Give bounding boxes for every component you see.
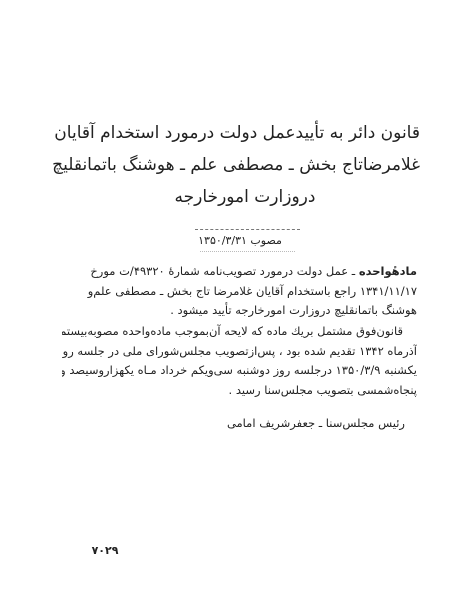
history-line-3: یکشنبه ۱۳۵۰/۳/۹ درجلسه روز دوشنبه سی‌ویک…: [62, 361, 417, 381]
article-line-1: مادهٔواحده ـ عمل دولت درمورد تصویب‌نامه …: [62, 262, 417, 282]
approval-divider: [200, 251, 295, 252]
article-text-1: ـ عمل دولت درمورد تصویب‌نامه شمارهٔ ۴۹۳۲…: [90, 264, 358, 278]
title-divider: [195, 229, 300, 230]
article-line-3: هوشنگ باتمانقلیچ دروزارت امورخارجه تأیید…: [62, 301, 417, 321]
article-line-2: ۱۳۴۱/۱۱/۱۷ راجع باستخدام آقایان غلامرضا …: [62, 282, 417, 302]
approval-history-paragraph: قانون‌فوق مشتمل بریك ماده که لایحه آن‌بم…: [62, 322, 417, 400]
history-line-1: قانون‌فوق مشتمل بریك ماده که لایحه آن‌بم…: [62, 322, 417, 342]
law-title-line-1: قانون دائر به تأییدعمل دولت درمورد استخد…: [70, 117, 420, 149]
page-number: ۷۰۲۹: [88, 544, 122, 558]
approval-date: مصوب ۱۳۵۰/۳/۳۱: [160, 233, 320, 249]
history-line-2: آذرماه ۱۳۴۲ تقدیم شده بود ، پس‌ازتصویب م…: [62, 342, 417, 362]
document-page: قانون دائر به تأییدعمل دولت درمورد استخد…: [0, 0, 466, 599]
history-line-4: پنجاه‌شمسی بتصویب مجلس‌سنا رسید .: [62, 381, 417, 401]
senate-president-signature: رئیس مجلس‌سنا ـ جعفرشریف امامی: [150, 414, 405, 432]
law-title-line-2: غلامرضاتاج بخش ـ مصطفی علم ـ هوشنگ باتما…: [70, 149, 420, 181]
article-label: مادهٔواحده: [359, 264, 417, 278]
single-article-paragraph: مادهٔواحده ـ عمل دولت درمورد تصویب‌نامه …: [62, 262, 417, 321]
law-title-line-3: دروزارت امورخارجه: [70, 181, 420, 213]
